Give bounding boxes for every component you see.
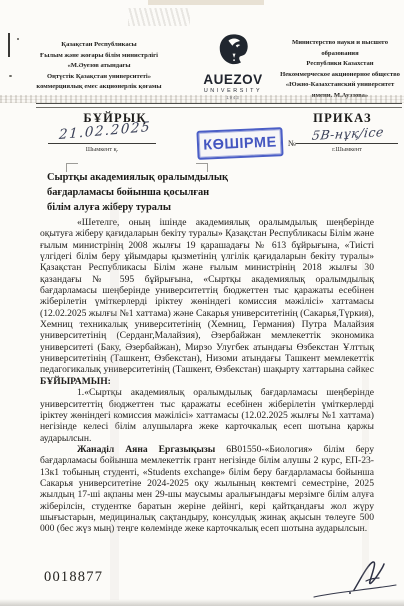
org-line: «М.Әуезов атындағы xyxy=(10,61,188,72)
header-speckle-band xyxy=(0,95,404,103)
auezov-emblem-icon xyxy=(217,53,250,70)
preamble-paragraph: «Шетелге, оның ішінде академиялық оралым… xyxy=(40,217,374,387)
signature xyxy=(308,556,400,602)
scanned-order-document: Қазақстан Республикасы Ғылым және жоғары… xyxy=(0,0,404,606)
city-label-ru: г.Шымкент xyxy=(296,146,398,153)
auezov-university-logo: AUEZOV UNIVERSITY 1943 xyxy=(188,33,278,100)
subject-line: Сыртқы академиялық оралымдылық xyxy=(47,171,277,186)
org-line: коммерциялық емес акционерлік қоғамы xyxy=(10,82,188,93)
clause-1-paragraph: 1.«Сыртқы академиялық оралымдылық бағдар… xyxy=(40,387,374,444)
order-body: «Шетелге, оның ішінде академиялық оралым… xyxy=(40,217,374,535)
org-line: Оңтүстік Қазақстан университеті» xyxy=(10,72,188,83)
org-line: «Южно-Казахстанский университет xyxy=(278,80,402,91)
student-name: Жанаділ Аяна Ергазықызы xyxy=(77,444,215,455)
logo-wordmark: AUEZOV xyxy=(188,72,278,87)
order-verb: БҰЙЫРАМЫН: xyxy=(40,376,111,387)
org-name-russian: Министерство науки и высшего образования… xyxy=(278,34,402,101)
number-label: № xyxy=(288,138,296,148)
copy-stamp: КӨШІРМЕ xyxy=(196,127,283,160)
preamble-text: «Шетелге, оның ішінде академиялық оралым… xyxy=(40,217,374,375)
student-details: 6В01550-«Биология» білім беру бағдарлама… xyxy=(40,444,374,534)
org-name-kazakh: Қазақстан Республикасы Ғылым және жоғары… xyxy=(10,34,188,93)
org-line: Ғылым және жоғары білім министрлігі xyxy=(10,51,188,62)
scan-smudge xyxy=(128,8,190,26)
number-underline xyxy=(296,143,398,144)
logo-subtitle: UNIVERSITY xyxy=(188,88,278,94)
handwritten-number: 5В-нұқ/ісе xyxy=(297,123,399,143)
document-number: 0018877 xyxy=(44,569,103,586)
org-line: Министерство науки и высшего образования xyxy=(278,38,402,59)
date-underline xyxy=(48,143,156,144)
subject-line: бағдарламасы бойынша қосылған xyxy=(47,186,277,201)
city-label-kk: Шымкент қ. xyxy=(48,146,156,153)
clause-1-text: 1.«Сыртқы академиялық оралымдылық бағдар… xyxy=(40,387,374,443)
student-paragraph: Жанаділ Аяна Ергазықызы 6В01550-«Биологи… xyxy=(40,444,374,535)
document-header: Қазақстан Республикасы Ғылым және жоғары… xyxy=(10,34,402,101)
org-line: Қазақстан Республикасы xyxy=(10,40,188,51)
org-line: Республики Казахстан xyxy=(278,59,402,70)
order-subject: Сыртқы академиялық оралымдылық бағдарлам… xyxy=(47,171,277,215)
header-divider-rule xyxy=(36,103,402,108)
org-line: Некоммерческое акционерное общество xyxy=(278,70,402,81)
subject-line: білім алуға жіберу туралы xyxy=(47,201,277,216)
scan-strip xyxy=(148,0,264,5)
